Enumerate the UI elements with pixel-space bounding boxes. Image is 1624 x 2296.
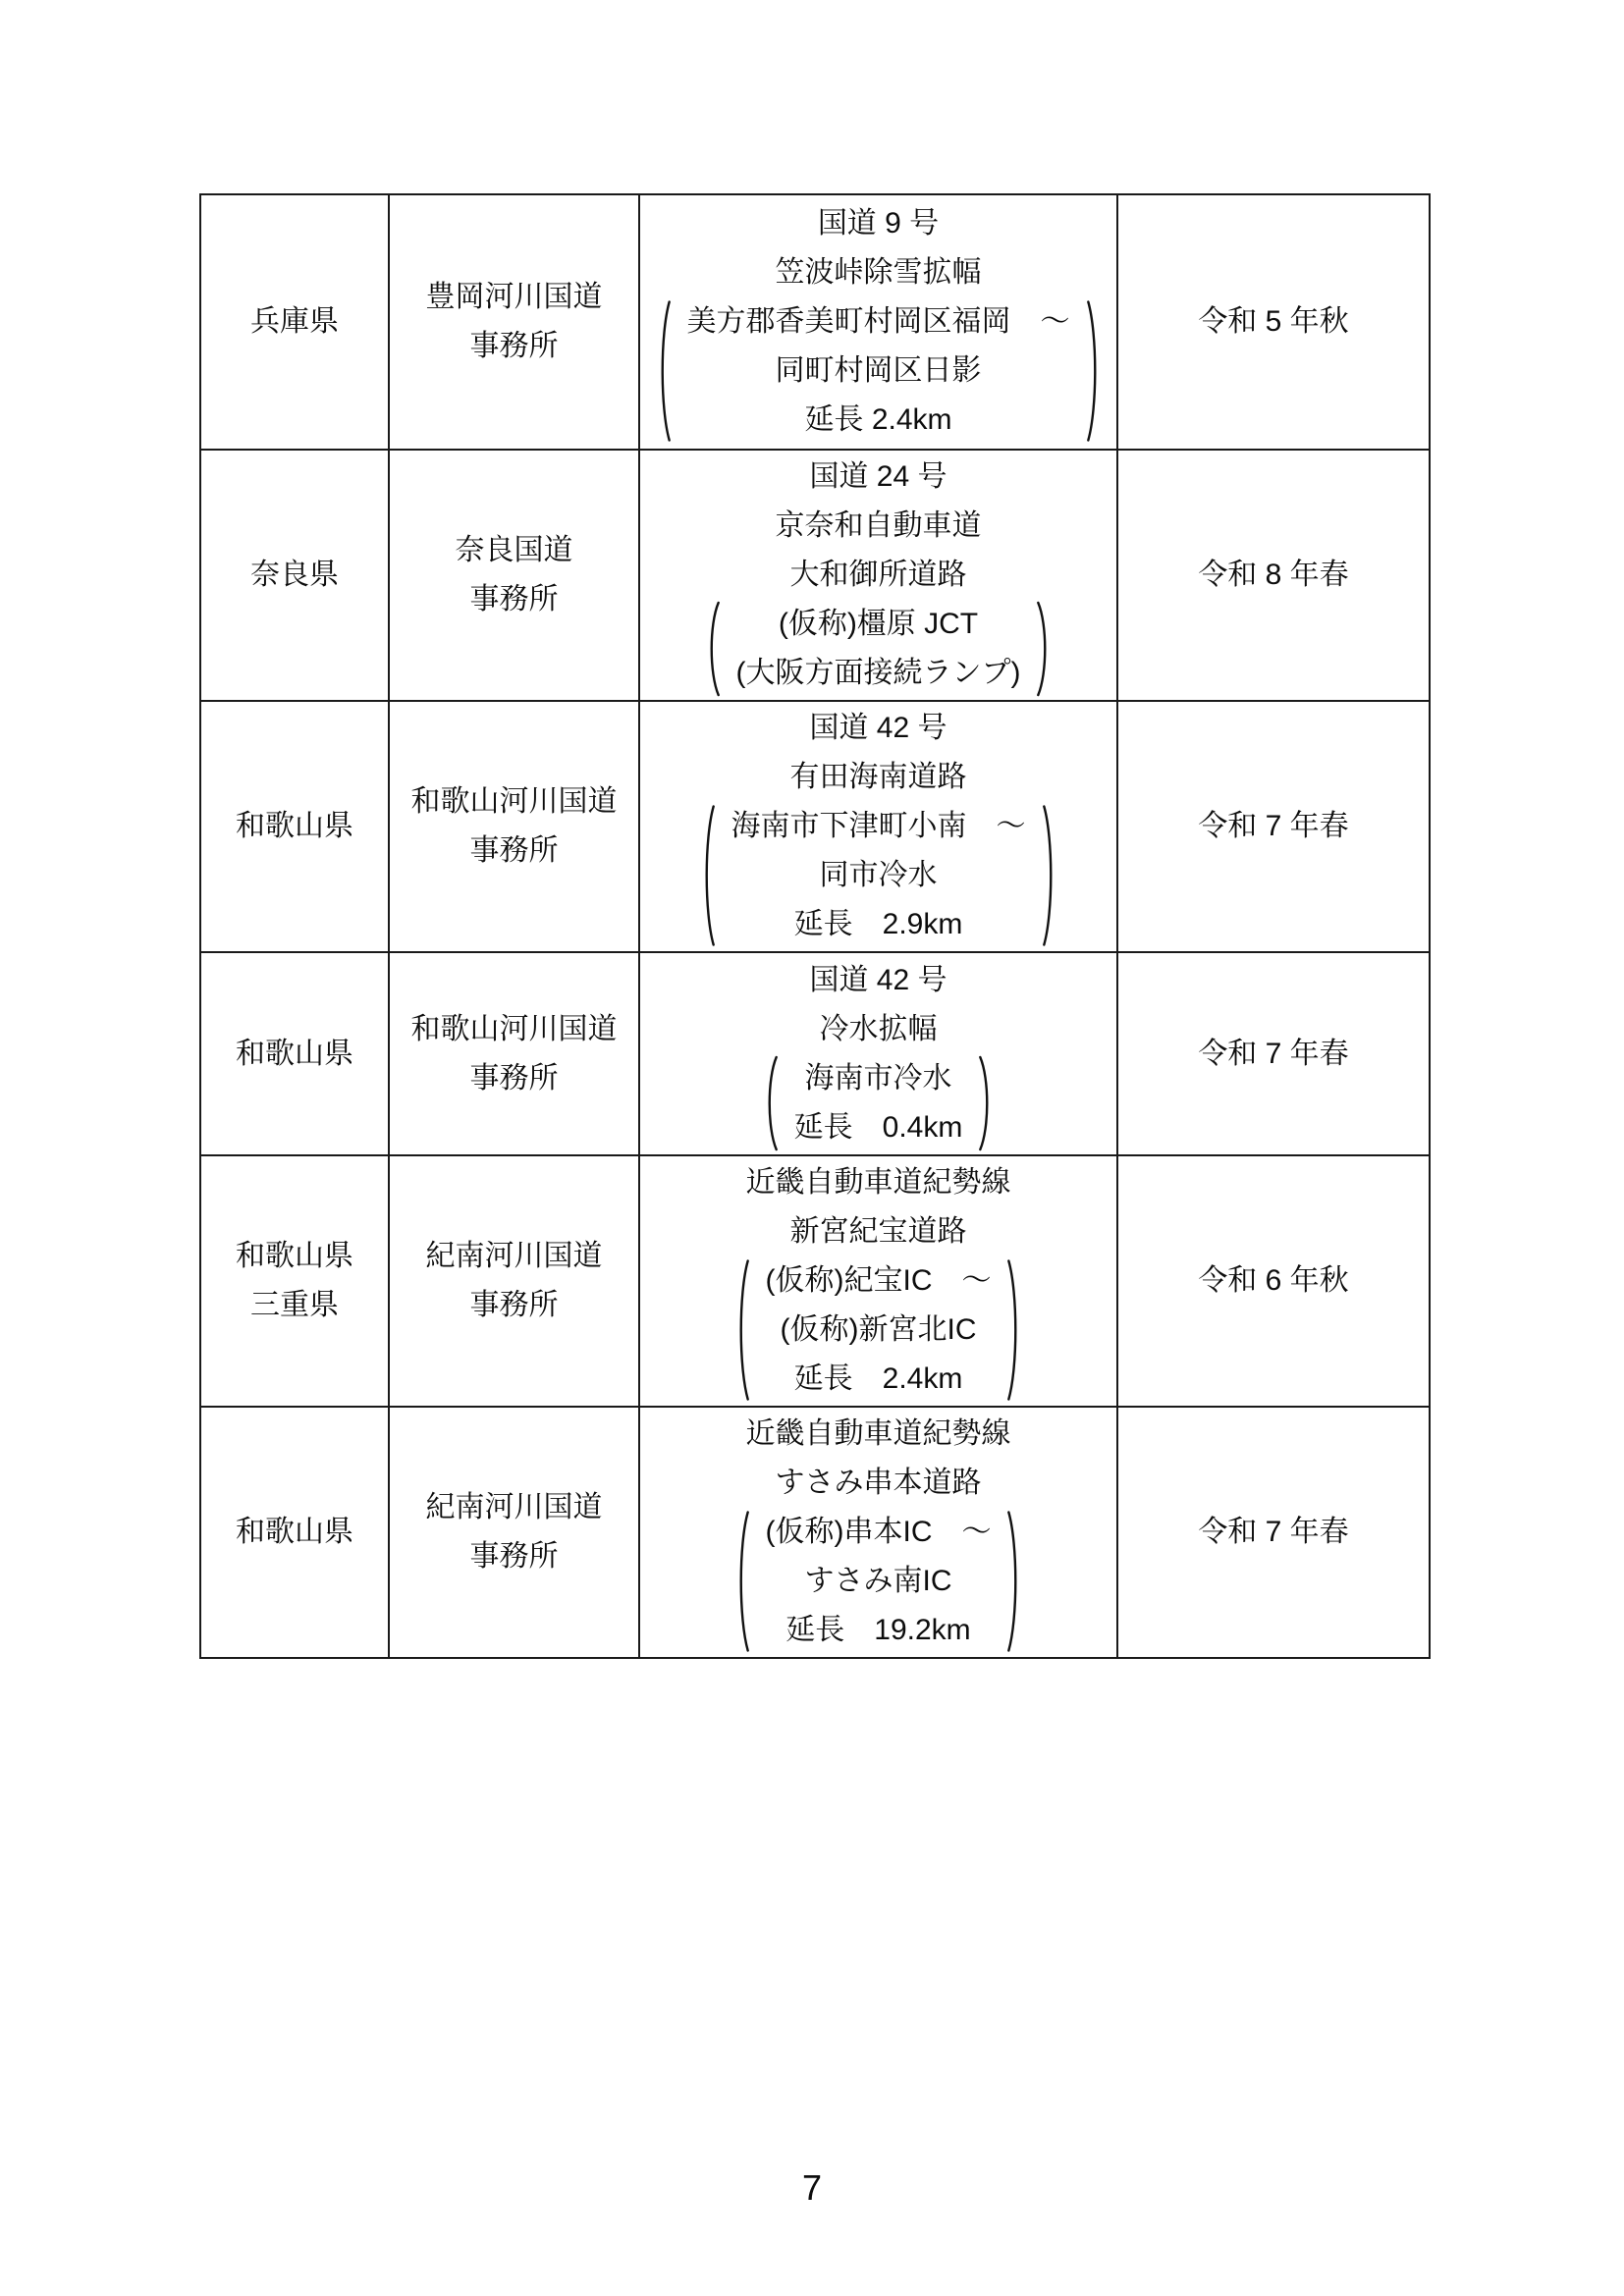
prefecture-cell: 和歌山県 xyxy=(200,1407,389,1658)
opening-cell: 令和 6 年秋 xyxy=(1117,1155,1430,1407)
route-title-text: 国道 24 号 京奈和自動車道 大和御所道路 xyxy=(776,453,982,600)
office-text: 紀南河川国道 事務所 xyxy=(394,1483,634,1581)
route-section-group: (仮称)橿原 JCT (大阪方面接続ランプ) xyxy=(704,600,1054,698)
document-page: 兵庫県 豊岡河川国道 事務所 国道 9 号 笠波峠除雪拡幅 美方郡香美町村岡区福… xyxy=(0,0,1624,2296)
table-row: 奈良県 奈良国道 事務所 国道 24 号 京奈和自動車道 大和御所道路 (仮称)… xyxy=(200,450,1430,701)
left-bracket-icon xyxy=(733,1508,750,1655)
right-bracket-icon xyxy=(978,1054,995,1152)
left-bracket-icon xyxy=(762,1054,779,1152)
opening-text: 令和 7 年春 xyxy=(1122,1508,1425,1557)
prefecture-cell: 兵庫県 xyxy=(200,194,389,450)
route-section-group: 美方郡香美町村岡区福岡 ～ 同町村岡区日影 延長 2.4km xyxy=(655,297,1103,445)
right-bracket-icon xyxy=(1006,1256,1023,1404)
page-number: 7 xyxy=(0,2167,1624,2209)
route-title-text: 国道 42 号 冷水拡幅 xyxy=(809,956,947,1054)
route-section-group: 海南市冷水 延長 0.4km xyxy=(762,1054,996,1152)
opening-text: 令和 8 年春 xyxy=(1122,551,1425,600)
opening-cell: 令和 7 年春 xyxy=(1117,1407,1430,1658)
route-section-group: (仮称)紀宝IC ～ (仮称)新宮北IC 延長 2.4km xyxy=(733,1256,1024,1404)
route-title-text: 国道 42 号 有田海南道路 xyxy=(790,704,967,802)
office-cell: 和歌山河川国道 事務所 xyxy=(389,701,639,952)
prefecture-text: 和歌山県 xyxy=(205,1030,384,1079)
prefecture-cell: 和歌山県 xyxy=(200,701,389,952)
opening-text: 令和 7 年春 xyxy=(1122,1030,1425,1079)
right-bracket-icon xyxy=(1006,1508,1023,1655)
prefecture-cell: 和歌山県 三重県 xyxy=(200,1155,389,1407)
office-text: 奈良国道 事務所 xyxy=(394,526,634,624)
prefecture-cell: 奈良県 xyxy=(200,450,389,701)
table-row: 和歌山県 和歌山河川国道 事務所 国道 42 号 冷水拡幅 海南市冷水 延長 0… xyxy=(200,952,1430,1155)
office-cell: 紀南河川国道 事務所 xyxy=(389,1407,639,1658)
left-bracket-icon xyxy=(704,600,721,698)
office-text: 和歌山河川国道 事務所 xyxy=(394,1005,634,1103)
route-cell: 国道 42 号 冷水拡幅 海南市冷水 延長 0.4km xyxy=(639,952,1117,1155)
route-cell: 国道 42 号 有田海南道路 海南市下津町小南 ～ 同市冷水 延長 2.9km xyxy=(639,701,1117,952)
route-section-text: (仮称)橿原 JCT (大阪方面接続ランプ) xyxy=(721,600,1037,698)
prefecture-text: 奈良県 xyxy=(205,551,384,600)
route-section-text: (仮称)紀宝IC ～ (仮称)新宮北IC 延長 2.4km xyxy=(750,1256,1007,1404)
route-title-text: 国道 9 号 笠波峠除雪拡幅 xyxy=(776,199,982,297)
table-row: 和歌山県 和歌山河川国道 事務所 国道 42 号 有田海南道路 海南市下津町小南… xyxy=(200,701,1430,952)
road-projects-table: 兵庫県 豊岡河川国道 事務所 国道 9 号 笠波峠除雪拡幅 美方郡香美町村岡区福… xyxy=(199,193,1431,1659)
office-cell: 奈良国道 事務所 xyxy=(389,450,639,701)
prefecture-text: 和歌山県 xyxy=(205,1508,384,1557)
right-bracket-icon xyxy=(1042,802,1058,949)
prefecture-text: 和歌山県 三重県 xyxy=(205,1232,384,1330)
opening-cell: 令和 7 年春 xyxy=(1117,952,1430,1155)
route-section-text: (仮称)串本IC ～ すさみ南IC 延長 19.2km xyxy=(750,1508,1007,1655)
office-text: 紀南河川国道 事務所 xyxy=(394,1232,634,1330)
right-bracket-icon xyxy=(1036,600,1053,698)
opening-text: 令和 7 年春 xyxy=(1122,802,1425,851)
route-section-text: 海南市下津町小南 ～ 同市冷水 延長 2.9km xyxy=(716,802,1042,949)
opening-cell: 令和 5 年秋 xyxy=(1117,194,1430,450)
left-bracket-icon xyxy=(699,802,716,949)
opening-cell: 令和 7 年春 xyxy=(1117,701,1430,952)
office-text: 豊岡河川国道 事務所 xyxy=(394,273,634,371)
prefecture-cell: 和歌山県 xyxy=(200,952,389,1155)
opening-text: 令和 5 年秋 xyxy=(1122,297,1425,347)
table-row: 和歌山県 三重県 紀南河川国道 事務所 近畿自動車道紀勢線 新宮紀宝道路 (仮称… xyxy=(200,1155,1430,1407)
office-cell: 豊岡河川国道 事務所 xyxy=(389,194,639,450)
route-section-group: 海南市下津町小南 ～ 同市冷水 延長 2.9km xyxy=(699,802,1058,949)
route-cell: 国道 9 号 笠波峠除雪拡幅 美方郡香美町村岡区福岡 ～ 同町村岡区日影 延長 … xyxy=(639,194,1117,450)
route-title-text: 近畿自動車道紀勢線 すさみ串本道路 xyxy=(746,1410,1011,1508)
office-cell: 紀南河川国道 事務所 xyxy=(389,1155,639,1407)
route-title-text: 近畿自動車道紀勢線 新宮紀宝道路 xyxy=(746,1158,1011,1256)
prefecture-text: 和歌山県 xyxy=(205,802,384,851)
right-bracket-icon xyxy=(1086,297,1103,445)
office-text: 和歌山河川国道 事務所 xyxy=(394,777,634,876)
route-section-text: 海南市冷水 延長 0.4km xyxy=(779,1054,979,1152)
prefecture-text: 兵庫県 xyxy=(205,297,384,347)
route-cell: 近畿自動車道紀勢線 新宮紀宝道路 (仮称)紀宝IC ～ (仮称)新宮北IC 延長… xyxy=(639,1155,1117,1407)
office-cell: 和歌山河川国道 事務所 xyxy=(389,952,639,1155)
route-section-group: (仮称)串本IC ～ すさみ南IC 延長 19.2km xyxy=(733,1508,1024,1655)
route-cell: 近畿自動車道紀勢線 すさみ串本道路 (仮称)串本IC ～ すさみ南IC 延長 1… xyxy=(639,1407,1117,1658)
opening-cell: 令和 8 年春 xyxy=(1117,450,1430,701)
route-section-text: 美方郡香美町村岡区福岡 ～ 同町村岡区日影 延長 2.4km xyxy=(672,297,1086,445)
left-bracket-icon xyxy=(655,297,672,445)
table-row: 兵庫県 豊岡河川国道 事務所 国道 9 号 笠波峠除雪拡幅 美方郡香美町村岡区福… xyxy=(200,194,1430,450)
table-row: 和歌山県 紀南河川国道 事務所 近畿自動車道紀勢線 すさみ串本道路 (仮称)串本… xyxy=(200,1407,1430,1658)
opening-text: 令和 6 年秋 xyxy=(1122,1256,1425,1306)
left-bracket-icon xyxy=(733,1256,750,1404)
route-cell: 国道 24 号 京奈和自動車道 大和御所道路 (仮称)橿原 JCT (大阪方面接… xyxy=(639,450,1117,701)
